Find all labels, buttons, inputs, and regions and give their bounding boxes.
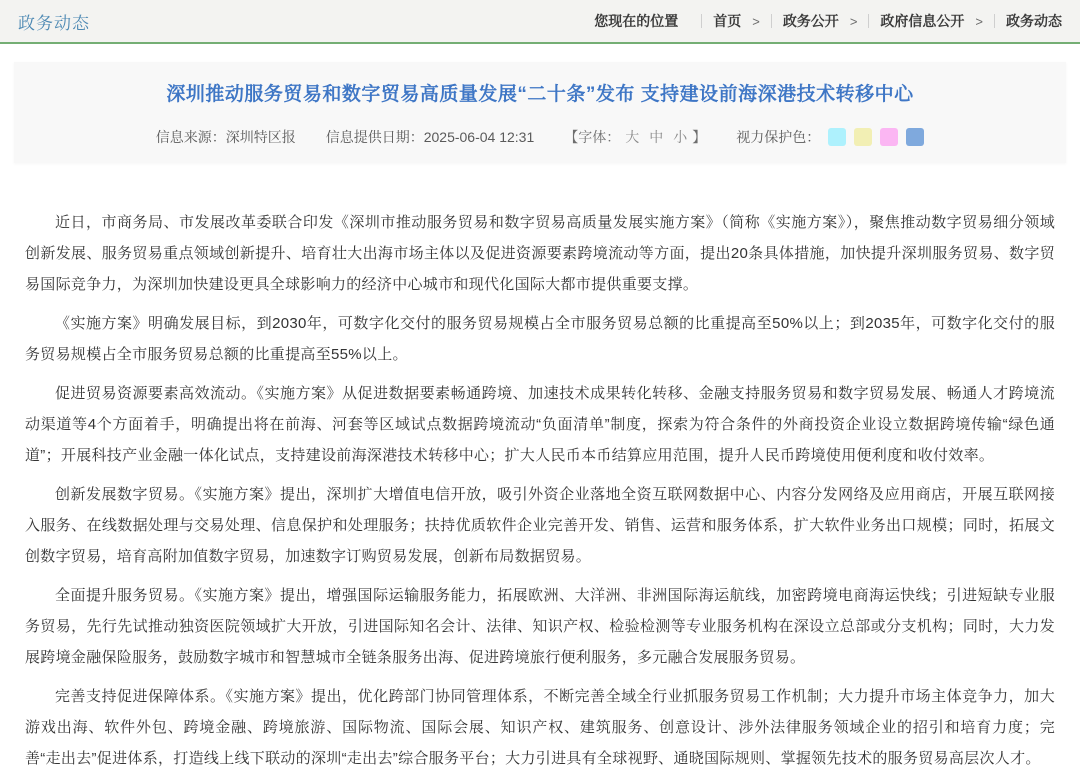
- page-title: 深圳推动服务贸易和数字贸易高质量发展“二十条”发布 支持建设前海深港技术转移中心: [44, 79, 1036, 106]
- font-bracket-open: 【字体：: [564, 127, 620, 147]
- eye-protect-swatch-4[interactable]: [906, 128, 924, 146]
- meta-source-label: 信息来源：: [156, 127, 226, 147]
- eye-protect-control: 视力保护色：: [736, 127, 924, 147]
- font-size-control: 【字体： 大中小 】: [564, 127, 706, 147]
- font-size-large[interactable]: 大: [625, 127, 639, 147]
- breadcrumb-divider: [701, 14, 702, 28]
- breadcrumb-divider: [771, 14, 772, 28]
- breadcrumb-items: 首页>政务公开>政府信息公开>政务动态: [690, 11, 1062, 31]
- breadcrumb-arrow-icon: >: [752, 14, 760, 29]
- top-bar: 政务动态 您现在的位置 首页>政务公开>政府信息公开>政务动态: [0, 0, 1080, 44]
- meta-source-value: 深圳特区报: [226, 127, 296, 147]
- breadcrumb-item-4[interactable]: 政务动态: [1006, 11, 1062, 31]
- eye-protect-swatch-3[interactable]: [880, 128, 898, 146]
- breadcrumb-item-3[interactable]: 政府信息公开: [880, 11, 964, 31]
- article-header: 深圳推动服务贸易和数字贸易高质量发展“二十条”发布 支持建设前海深港技术转移中心…: [14, 62, 1066, 163]
- font-size-options: 大中小: [620, 127, 692, 147]
- breadcrumb: 您现在的位置 首页>政务公开>政府信息公开>政务动态: [594, 11, 1062, 31]
- meta-date: 信息提供日期： 2025-06-04 12:31: [326, 127, 535, 147]
- meta-source: 信息来源： 深圳特区报: [156, 127, 296, 147]
- eye-protect-label: 视力保护色：: [736, 127, 820, 147]
- channel-title: 政务动态: [18, 9, 90, 34]
- article-meta: 信息来源： 深圳特区报 信息提供日期： 2025-06-04 12:31 【字体…: [44, 127, 1036, 147]
- meta-date-label: 信息提供日期：: [326, 127, 424, 147]
- breadcrumb-divider: [994, 14, 995, 28]
- breadcrumb-divider: [868, 14, 869, 28]
- paragraph: 近日，市商务局、市发展改革委联合印发《深圳市推动服务贸易和数字贸易高质量发展实施…: [25, 207, 1055, 300]
- breadcrumb-item-1[interactable]: 首页: [713, 11, 741, 31]
- eye-protect-swatches: [820, 128, 924, 146]
- article-body: 近日，市商务局、市发展改革委联合印发《深圳市推动服务贸易和数字贸易高质量发展实施…: [0, 163, 1080, 774]
- eye-protect-swatch-2[interactable]: [854, 128, 872, 146]
- breadcrumb-arrow-icon: >: [975, 14, 983, 29]
- font-bracket-close: 】: [692, 127, 706, 147]
- paragraph: 创新发展数字贸易。《实施方案》提出，深圳扩大增值电信开放，吸引外资企业落地全资互…: [25, 479, 1055, 572]
- eye-protect-swatch-1[interactable]: [828, 128, 846, 146]
- paragraph: 《实施方案》明确发展目标，到2030年，可数字化交付的服务贸易规模占全市服务贸易…: [25, 308, 1055, 370]
- font-size-medium[interactable]: 中: [649, 127, 663, 147]
- paragraph: 全面提升服务贸易。《实施方案》提出，增强国际运输服务能力，拓展欧洲、大洋洲、非洲…: [25, 580, 1055, 673]
- font-size-small[interactable]: 小: [673, 127, 687, 147]
- breadcrumb-arrow-icon: >: [850, 14, 858, 29]
- breadcrumb-label: 您现在的位置: [594, 11, 678, 31]
- paragraph: 完善支持促进保障体系。《实施方案》提出，优化跨部门协同管理体系，不断完善全域全行…: [25, 681, 1055, 774]
- paragraph: 促进贸易资源要素高效流动。《实施方案》从促进数据要素畅通跨境、加速技术成果转化转…: [25, 378, 1055, 471]
- meta-date-value: 2025-06-04 12:31: [424, 129, 535, 145]
- breadcrumb-item-2[interactable]: 政务公开: [783, 11, 839, 31]
